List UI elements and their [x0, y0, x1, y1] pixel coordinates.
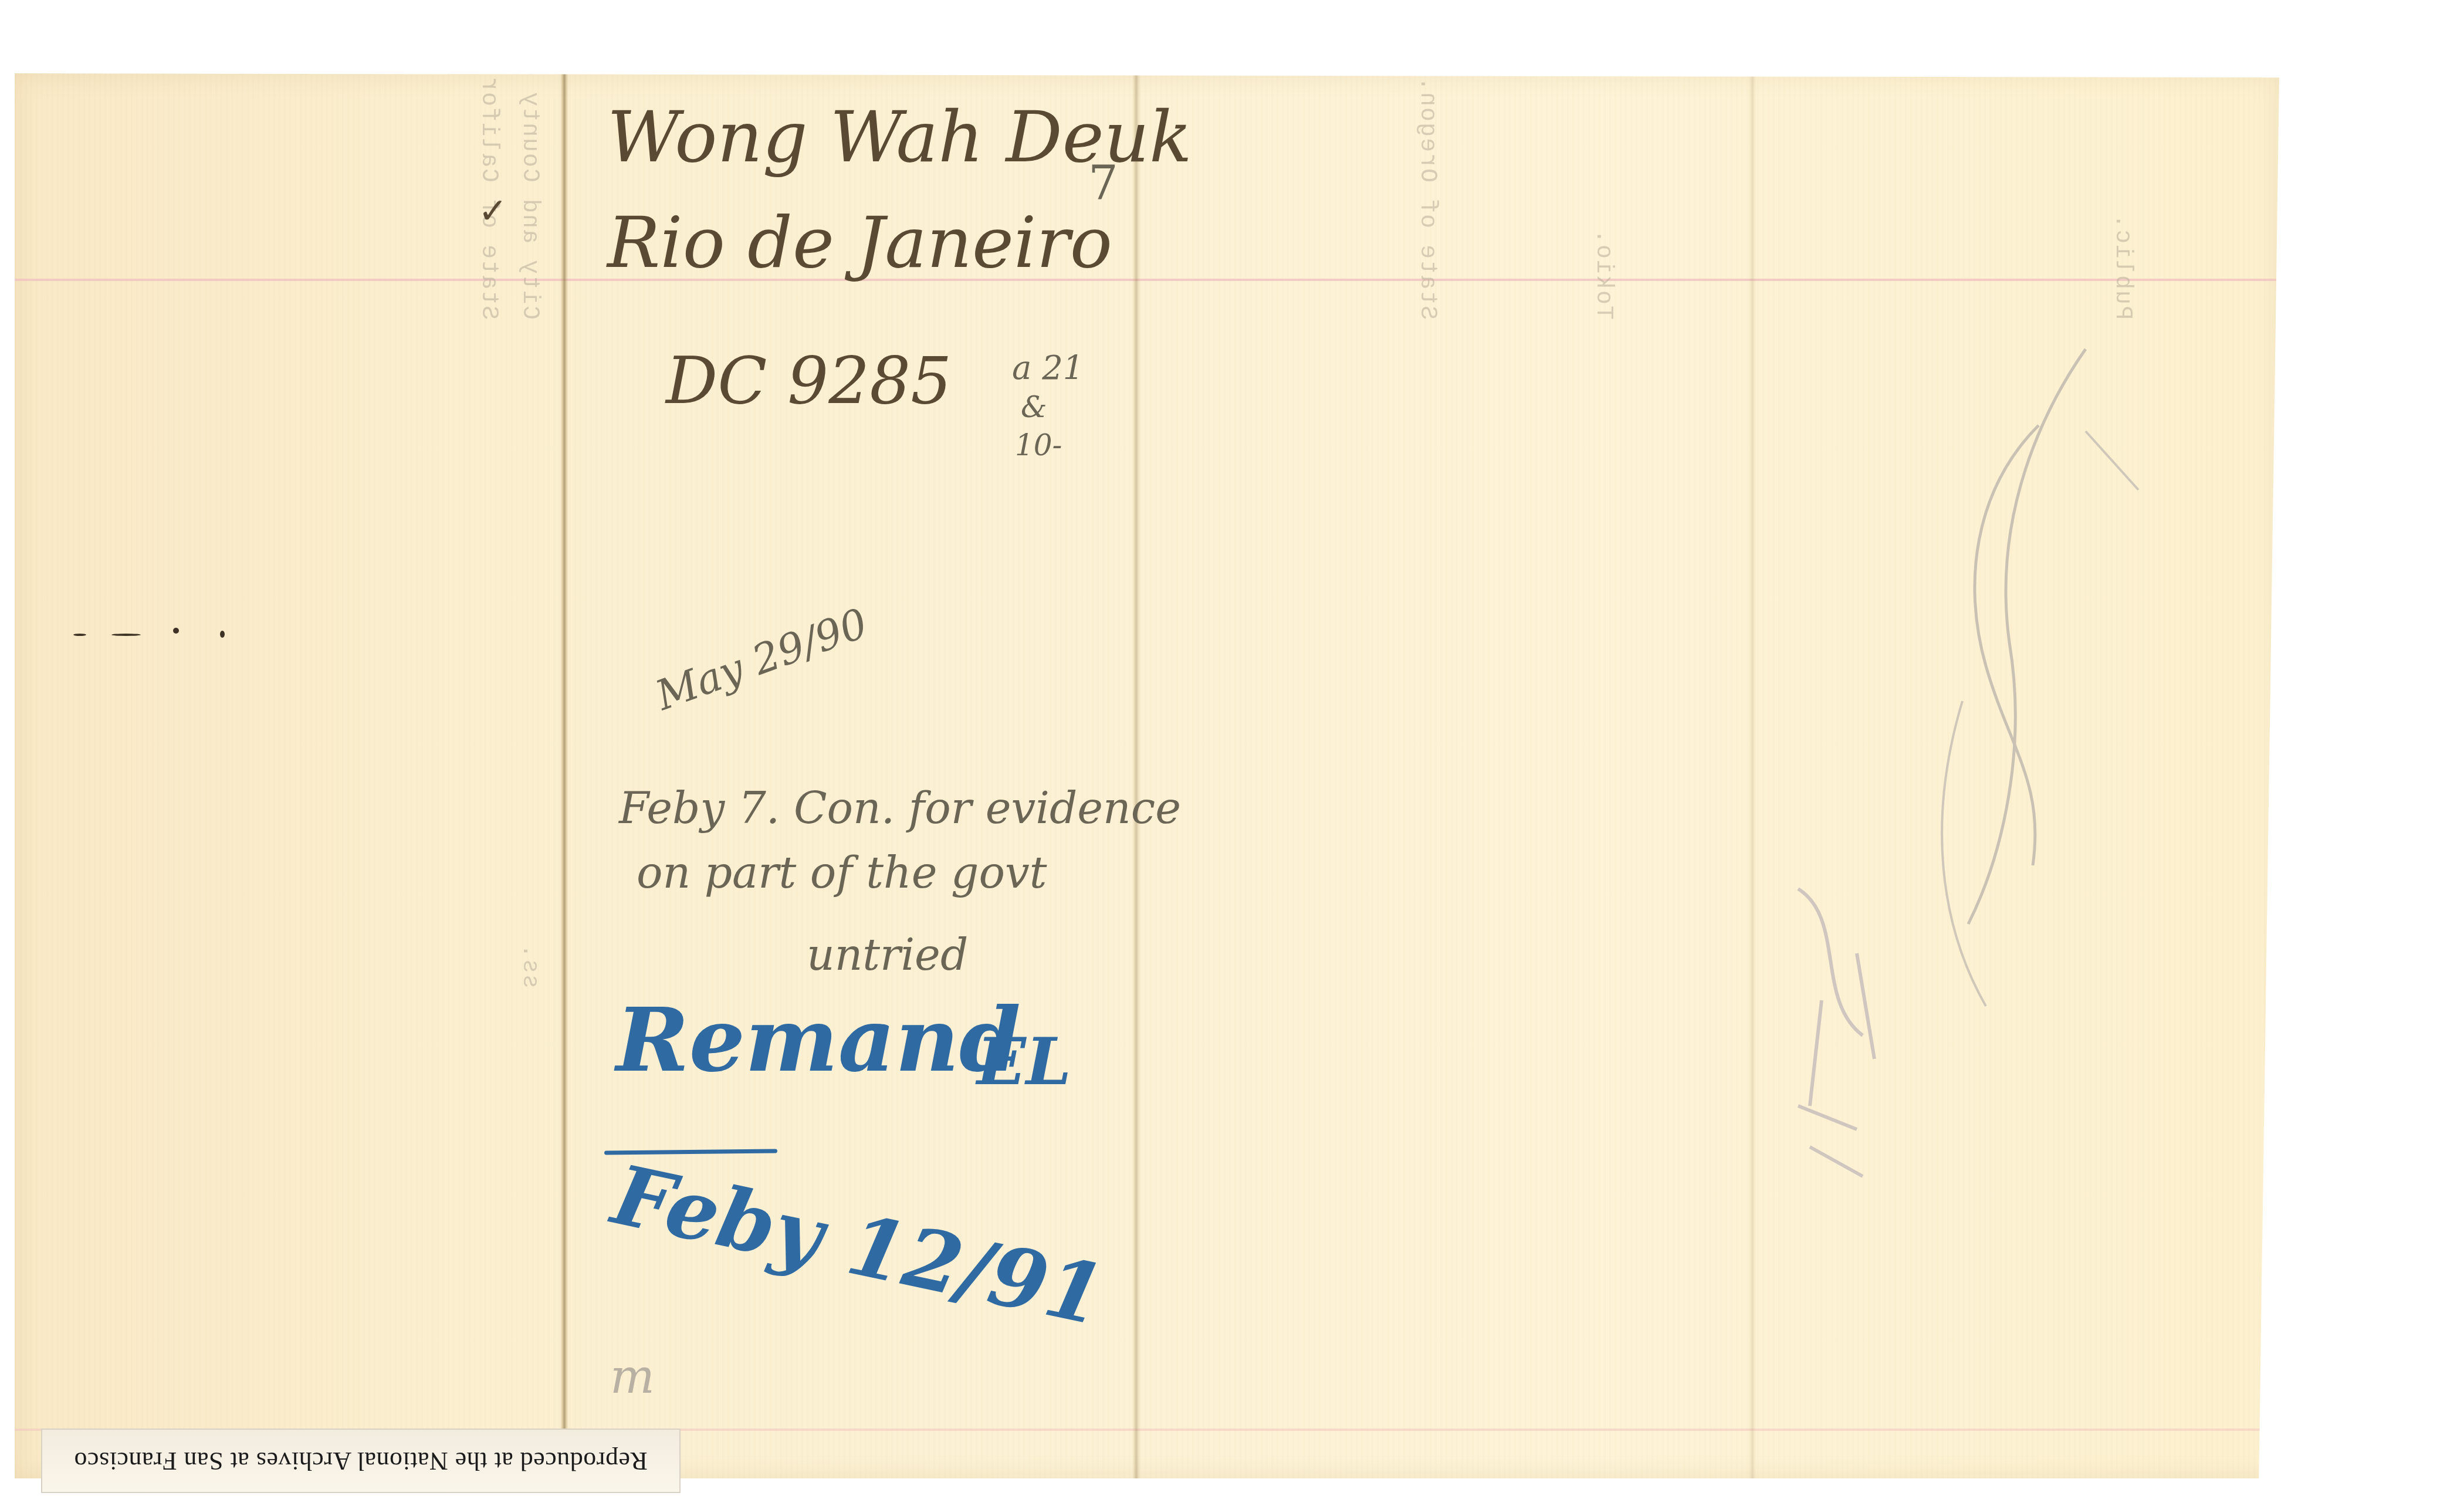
note-line-3: untried: [807, 930, 968, 980]
remand-initials: EL: [977, 1024, 1071, 1099]
bleed-text-city: City and County of San Francisco: [516, 0, 543, 320]
case-number: DC 9285: [666, 343, 952, 418]
note-line-2: on part of the govt: [637, 848, 1047, 898]
archive-reproduction-label: Reproduced at the National Archives at S…: [41, 1429, 681, 1493]
remand-date: Feby 12/91: [605, 1147, 1112, 1345]
remand-label: Remand: [616, 989, 1021, 1092]
top-pink-rule: [15, 279, 2279, 281]
side-note-3: 10-: [1015, 428, 1062, 462]
faint-pencil-characters: [1775, 883, 1968, 1188]
reproduction-notice: Reproduced at the National Archives at S…: [74, 1446, 648, 1476]
fold-line-1: [560, 73, 568, 1478]
fold-line-3: [1748, 73, 1756, 1478]
ink-speck: [73, 634, 86, 636]
bleed-text-oregon: State of Oregon.: [1414, 76, 1440, 320]
document-page: State of California City and County of S…: [15, 73, 2279, 1478]
corner-mark: m: [610, 1349, 655, 1404]
bleed-text-state: State of California: [475, 30, 502, 320]
bleed-text-ss: ss.: [516, 943, 543, 989]
ink-speck: [173, 628, 179, 634]
ink-speck: [220, 631, 225, 638]
bleed-text-tokio: Tokio.: [1590, 228, 1616, 320]
bleed-text-public: Public.: [2109, 213, 2135, 320]
side-note-2: &: [1021, 390, 1047, 424]
handwritten-place: Rio de Janeiro: [607, 202, 1112, 284]
fold-line-2: [1132, 73, 1140, 1478]
date-filed: May 29/90: [649, 599, 874, 720]
ink-speck: [111, 634, 141, 636]
check-mark: ✓: [478, 191, 507, 232]
note-line-1: Feby 7. Con. for evidence: [619, 783, 1181, 834]
side-note-1: a 21: [1012, 349, 1084, 387]
